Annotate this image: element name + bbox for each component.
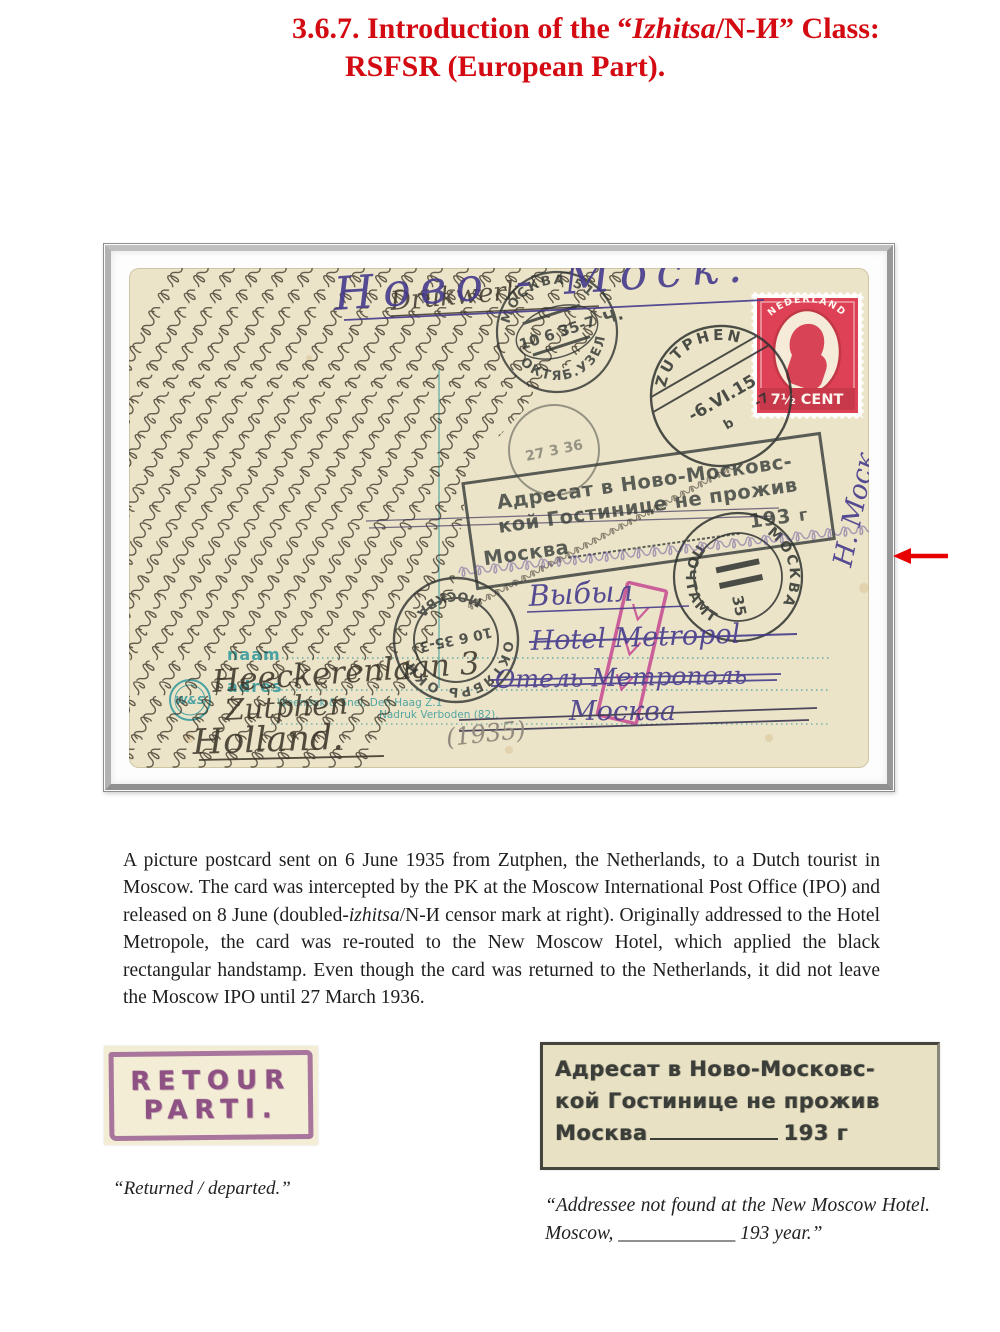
page-title-line2: RSFSR (European Part). xyxy=(345,50,665,84)
handstamp-line3: Москва193 г xyxy=(555,1117,925,1149)
red-arrow xyxy=(891,544,951,568)
country-handwriting: Holland. xyxy=(191,717,344,762)
caption-italic-word: izhitsa xyxy=(349,905,400,926)
retour-line1: RETOUR xyxy=(130,1066,291,1097)
frame-matte: naam adres W&S Weenenk & Snel, Den Haag … xyxy=(111,251,887,784)
address-handstamp-image: Адресат в Ново-Московс- кой Гостинице не… xyxy=(540,1042,940,1170)
page-title-line1: 3.6.7. Introduction of the “Izhitsa/N-И”… xyxy=(292,12,880,46)
exhibit-page: { "title": { "part1": "3.6.7. Introducti… xyxy=(0,0,1000,1332)
handstamp-year-suffix: г xyxy=(837,1121,848,1145)
frame-band: naam adres W&S Weenenk & Snel, Den Haag … xyxy=(105,245,893,790)
retour-line2: PARTI. xyxy=(144,1095,279,1125)
postcard-frame: naam adres W&S Weenenk & Snel, Den Haag … xyxy=(103,243,895,792)
handstamp-city: Москва xyxy=(555,1121,648,1145)
handstamp-line2: кой Гостинице не прожив xyxy=(555,1085,925,1117)
retour-stamp-border: RETOUR PARTI. xyxy=(109,1050,314,1141)
handstamp-blank-line xyxy=(650,1124,778,1140)
title-text: 3.6.7. Introduction of the “ xyxy=(292,12,632,45)
handstamp-line1: Адресат в Ново-Московс- xyxy=(555,1053,925,1085)
title-text-end: /N-И” Class: xyxy=(716,12,880,45)
title-italic-word: Izhitsa xyxy=(632,12,715,45)
stamp-denomination: 7½ CENT xyxy=(771,392,844,408)
moscow-cursive-note: Москва xyxy=(568,696,676,727)
handstamp-year: 193 xyxy=(784,1121,829,1145)
main-caption: A picture postcard sent on 6 June 1935 f… xyxy=(123,847,880,1012)
address-handstamp-caption: “Addressee not found at the New Moscow H… xyxy=(545,1192,930,1248)
retour-stamp-image: RETOUR PARTI. xyxy=(104,1046,318,1145)
postcard-image: naam adres W&S Weenenk & Snel, Den Haag … xyxy=(129,268,869,768)
retour-caption: “Returned / departed.” xyxy=(113,1178,291,1200)
departed-note: Выбыл xyxy=(527,573,634,612)
